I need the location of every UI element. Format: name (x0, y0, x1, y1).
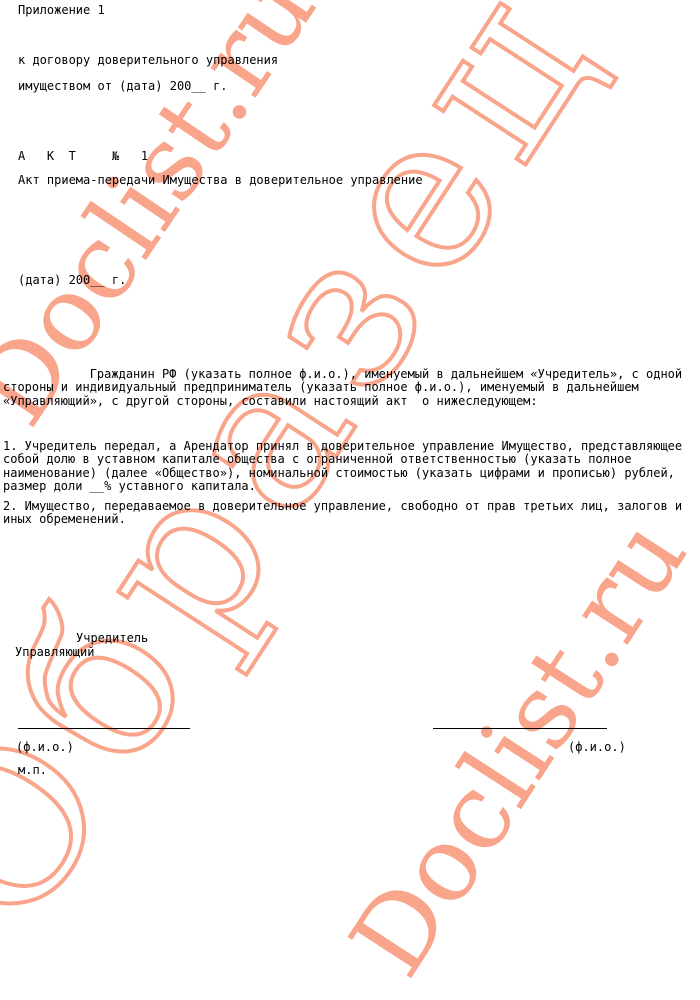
document-page: Образец Doclist.ru Doclist.ru Приложение… (0, 0, 700, 1000)
manager-label: Управляющий (15, 646, 94, 659)
signature-line-right (433, 728, 607, 729)
clause-2-paragraph: 2. Имущество, передаваемое в доверительн… (3, 500, 682, 527)
clause-1-paragraph: 1. Учредитель передал, а Арендатор приня… (3, 440, 682, 494)
contract-reference-line2: имуществом от (дата) 200__ г. (18, 80, 228, 93)
appendix-label: Приложение 1 (18, 4, 105, 17)
date-line: (дата) 200__ г. (18, 274, 126, 287)
contract-reference-line1: к договору доверительного управления (18, 54, 278, 67)
founder-label: Учредитель (76, 632, 148, 645)
fio-label-right: (ф.и.о.) (568, 741, 626, 754)
fio-label-left: (ф.и.о.) (16, 741, 74, 754)
stamp-placeholder-label: м.п. (18, 764, 47, 777)
act-title: Акт приема-передачи Имущества в доверите… (18, 174, 423, 187)
watermark-site-bottom-text: Doclist.ru (327, 498, 700, 997)
parties-paragraph: Гражданин РФ (указать полное ф.и.о.), им… (3, 368, 682, 408)
act-number-heading: А К Т № 1 (18, 150, 148, 163)
signature-line-left (18, 728, 190, 729)
